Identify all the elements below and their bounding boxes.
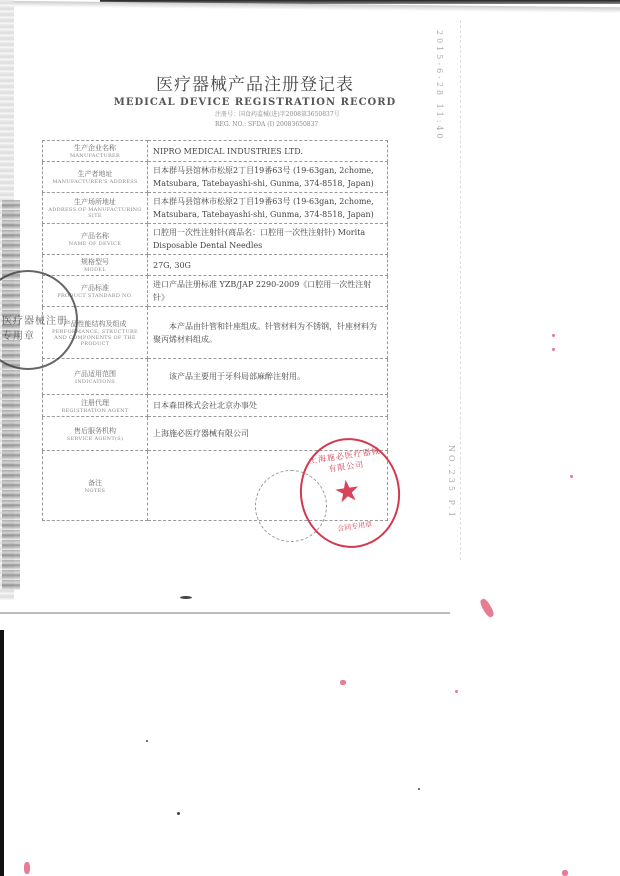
table-row: 规格型号MODEL27G, 30G [43, 255, 388, 276]
red-ink-speck [552, 334, 555, 337]
fax-page-stamp: NO.235 P.1 [444, 445, 456, 520]
red-ink-speck [24, 862, 30, 874]
page-fold-line [0, 612, 450, 614]
red-seal-bottom-text: 合同专用章 [316, 516, 393, 536]
table-row: 生产场所地址ADDRESS OF MANUFACTURING SITE日本群马县… [43, 193, 388, 224]
row-label: 售后服务机构SERVICE AGENT(S) [43, 417, 148, 451]
row-label-cn: 产品适用范围 [45, 369, 145, 379]
row-label-cn: 生产企业名称 [45, 143, 145, 153]
table-row: 注册代理REGISTRATION AGENT日本森田株式会社北京办事处 [43, 395, 388, 417]
row-value: 27G, 30G [148, 255, 388, 276]
row-label: 规格型号MODEL [43, 255, 148, 276]
row-label: 产品名称NAME OF DEVICE [43, 224, 148, 255]
row-value: NIPRO MEDICAL INDUSTRIES LTD. [148, 141, 388, 162]
dust-speck [418, 788, 420, 790]
row-value: 本产品由针管和针座组成。针管材料为不锈钢，针座材料为聚丙烯材料组成。 [148, 307, 388, 359]
dust-speck [177, 812, 180, 815]
row-label-en: MODEL [45, 267, 145, 273]
page-right-border [460, 20, 462, 560]
table-row: 产品标准PRODUCT STANDARD NO.进口产品注册标准 YZB/JAP… [43, 276, 388, 307]
table-row: 产品名称NAME OF DEVICE口腔用一次性注射针(商品名：口腔用一次性注射… [43, 224, 388, 255]
row-label-cn: 备注 [45, 478, 145, 488]
row-label-en: NOTES [45, 488, 145, 494]
document-header: 医疗器械产品注册登记表 MEDICAL DEVICE REGISTRATION … [95, 70, 415, 108]
table-row: 生产企业名称MANUFACTURERNIPRO MEDICAL INDUSTRI… [43, 141, 388, 162]
red-ink-speck [479, 597, 496, 618]
row-value: 该产品主要用于牙科局部麻醉注射用。 [148, 359, 388, 395]
row-label: 产品适用范围INDICATIONS [43, 359, 148, 395]
row-label-en: MANUFACTURER [45, 153, 145, 159]
row-label-cn: 规格型号 [45, 257, 145, 267]
registration-number-en: REG. NO.: SFDA (I) 20083650837 [215, 120, 340, 130]
red-seal-text: 上海施必医疗器械有限公司 [304, 445, 386, 478]
red-ink-speck [340, 680, 346, 685]
row-label-en: SERVICE AGENT(S) [45, 436, 145, 442]
red-ink-speck [570, 475, 573, 478]
row-label-en: NAME OF DEVICE [45, 241, 145, 247]
scan-edge-left-noise [2, 200, 20, 590]
row-label-en: MANUFACTURER'S ADDRESS [45, 179, 145, 185]
row-label-cn: 产品名称 [45, 231, 145, 241]
table-row: 生产者地址MANUFACTURER'S ADDRESS日本群马县馆林市松原2丁目… [43, 162, 388, 193]
row-label-en: REGISTRATION AGENT [45, 408, 145, 414]
row-label-en: INDICATIONS [45, 379, 145, 385]
row-value: 日本森田株式会社北京办事处 [148, 395, 388, 417]
row-value: 日本群马县馆林市松原2丁目19番63号 (19-63gan, 2chome, M… [148, 193, 388, 224]
document-title-en: MEDICAL DEVICE REGISTRATION RECORD [95, 97, 415, 108]
row-label: 注册代理REGISTRATION AGENT [43, 395, 148, 417]
row-label-cn: 生产场所地址 [45, 197, 145, 207]
row-label-cn: 售后服务机构 [45, 426, 145, 436]
red-ink-speck [562, 870, 568, 876]
red-ink-speck [552, 348, 555, 351]
dust-speck [180, 596, 192, 599]
dust-speck [146, 740, 148, 742]
red-ink-speck [455, 690, 458, 693]
row-label-cn: 注册代理 [45, 398, 145, 408]
row-label: 生产企业名称MANUFACTURER [43, 141, 148, 162]
star-icon: ★ [332, 473, 364, 511]
row-value: 进口产品注册标准 YZB/JAP 2290-2009《口腔用一次性注射针》 [148, 276, 388, 307]
row-value: 日本群马县馆林市松原2丁目19番63号 (19-63gan, 2chome, M… [148, 162, 388, 193]
scan-edge-lower-left [0, 630, 4, 876]
fax-date-stamp: 2015-6-28 11:40 [432, 30, 444, 142]
row-label-en: ADDRESS OF MANUFACTURING SITE [45, 207, 145, 219]
row-value: 口腔用一次性注射针(商品名：口腔用一次性注射针) Morita Disposab… [148, 224, 388, 255]
registration-number: 注册号：国食药监械(进)字2008第3650837号 REG. NO.: SFD… [215, 110, 340, 130]
table-row: 产品适用范围INDICATIONS该产品主要用于牙科局部麻醉注射用。 [43, 359, 388, 395]
row-label: 备注NOTES [43, 451, 148, 521]
table-row: 产品性能结构及组成PERFORMANCE, STRUCTURE AND COMP… [43, 307, 388, 359]
document-title-cn: 医疗器械产品注册登记表 [95, 70, 415, 95]
registration-number-cn: 注册号：国食药监械(进)字2008第3650837号 [215, 110, 340, 120]
left-seal-text: 医疗器械注册专用章 [2, 312, 76, 342]
row-label: 生产者地址MANUFACTURER'S ADDRESS [43, 162, 148, 193]
row-label-cn: 生产者地址 [45, 169, 145, 179]
row-label: 生产场所地址ADDRESS OF MANUFACTURING SITE [43, 193, 148, 224]
